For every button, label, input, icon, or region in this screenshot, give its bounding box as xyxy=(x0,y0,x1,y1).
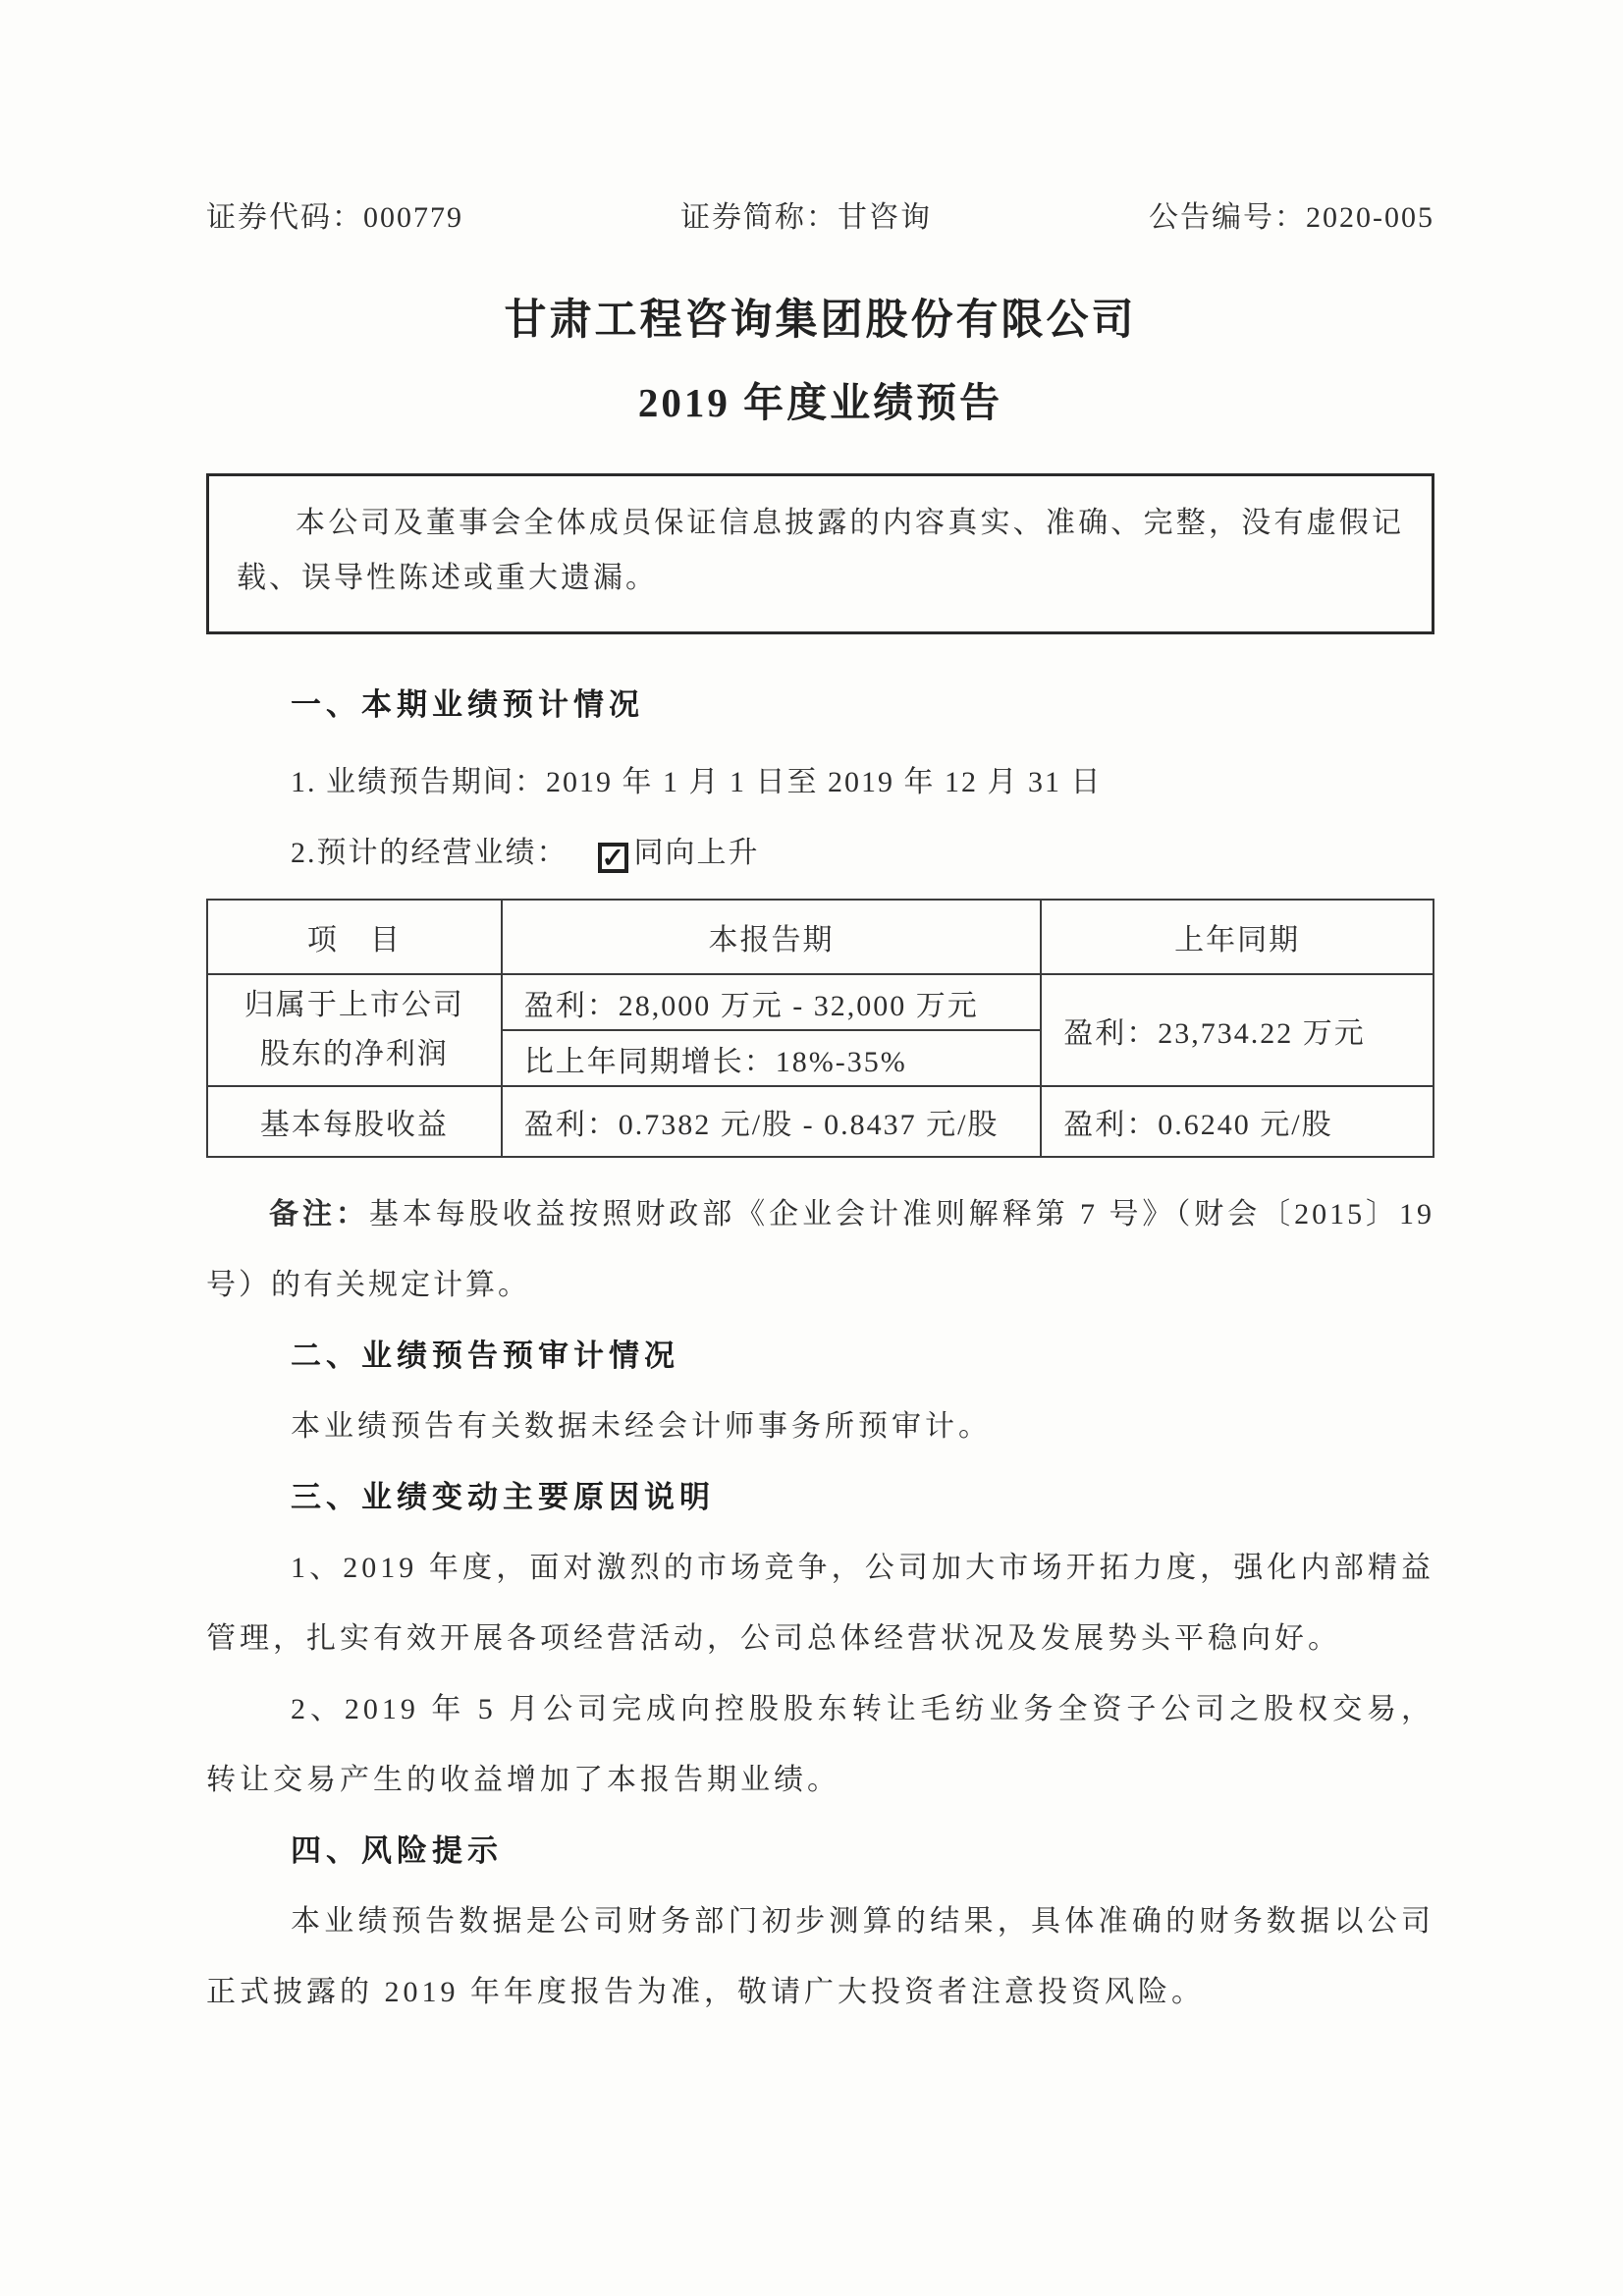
note-label: 备注： xyxy=(269,1198,369,1230)
net-profit-current-cell: 盈利：28,000 万元 - 32,000 万元 xyxy=(502,974,1042,1030)
disclaimer-box: 本公司及董事会全体成员保证信息披露的内容真实、准确、完整，没有虚假记载、误导性陈… xyxy=(206,473,1434,634)
eps-current-cell: 盈利：0.7382 元/股 - 0.8437 元/股 xyxy=(502,1086,1042,1157)
checked-checkbox-icon: ✓ xyxy=(598,843,628,873)
header-prior-period-cell: 上年同期 xyxy=(1041,900,1434,974)
reason-paragraph-2: 2、2019 年 5 月公司完成向控股股东转让毛纺业务全资子公司之股权交易，转让… xyxy=(206,1674,1434,1816)
stock-code-value: 000779 xyxy=(363,201,463,234)
forecast-table: 项 目 本报告期 上年同期 归属于上市公司股东的净利润 盈利：28,000 万元… xyxy=(206,899,1434,1158)
eps-prior-cell: 盈利：0.6240 元/股 xyxy=(1041,1086,1434,1157)
section-1-heading: 一、本期业绩预计情况 xyxy=(206,680,1434,724)
announcement-number-label: 公告编号： xyxy=(1149,201,1306,234)
header-item-cell: 项 目 xyxy=(207,900,502,974)
eps-row: 基本每股收益 盈利：0.7382 元/股 - 0.8437 元/股 盈利：0.6… xyxy=(207,1086,1434,1157)
reason-paragraph-1: 1、2019 年度，面对激烈的市场竞争，公司加大市场开拓力度，强化内部精益管理，… xyxy=(206,1533,1434,1674)
stock-name: 证券简称：甘咨询 xyxy=(680,192,932,236)
audit-status-paragraph: 本业绩预告有关数据未经会计师事务所预审计。 xyxy=(206,1392,1434,1462)
table-header-row: 项 目 本报告期 上年同期 xyxy=(207,900,1434,974)
stock-code: 证券代码：000779 xyxy=(206,192,463,236)
document-subtitle: 2019 年度业绩预告 xyxy=(206,370,1434,428)
section-3-heading: 三、业绩变动主要原因说明 xyxy=(206,1462,1434,1533)
note-text: 基本每股收益按照财政部《企业会计准则解释第 7 号》（财会〔2015〕19 号）… xyxy=(206,1198,1434,1301)
document-meta-row: 证券代码：000779 证券简称：甘咨询 公告编号：2020-005 xyxy=(206,192,1434,236)
business-trend-line: 2.预计的经营业绩：✓同向上升 xyxy=(206,828,1434,873)
section-2-heading: 二、业绩预告预审计情况 xyxy=(206,1321,1434,1392)
net-profit-prior-cell: 盈利：23,734.22 万元 xyxy=(1041,974,1434,1086)
announcement-number: 公告编号：2020-005 xyxy=(1149,192,1434,236)
eps-item-cell: 基本每股收益 xyxy=(207,1086,502,1157)
net-profit-growth-cell: 比上年同期增长：18%-35% xyxy=(502,1030,1042,1086)
table-note: 备注：基本每股收益按照财政部《企业会计准则解释第 7 号》（财会〔2015〕19… xyxy=(206,1179,1434,1321)
forecast-period-line: 1. 业绩预告期间：2019 年 1 月 1 日至 2019 年 12 月 31… xyxy=(206,757,1434,800)
document-page: 证券代码：000779 证券简称：甘咨询 公告编号：2020-005 甘肃工程咨… xyxy=(0,0,1623,2296)
risk-warning-paragraph: 本业绩预告数据是公司财务部门初步测算的结果，具体准确的财务数据以公司正式披露的 … xyxy=(206,1886,1434,2028)
business-trend-value: 同向上升 xyxy=(634,837,760,869)
section-4-heading: 四、风险提示 xyxy=(206,1816,1434,1886)
business-trend-label: 2.预计的经营业绩： xyxy=(291,837,568,869)
stock-name-value: 甘咨询 xyxy=(838,201,932,234)
company-title: 甘肃工程咨询集团股份有限公司 xyxy=(206,287,1434,347)
stock-name-label: 证券简称： xyxy=(680,201,838,234)
net-profit-item-cell: 归属于上市公司股东的净利润 xyxy=(207,974,502,1086)
stock-code-label: 证券代码： xyxy=(206,201,363,234)
net-profit-row: 归属于上市公司股东的净利润 盈利：28,000 万元 - 32,000 万元 盈… xyxy=(207,974,1434,1030)
disclaimer-text: 本公司及董事会全体成员保证信息披露的内容真实、准确、完整，没有虚假记载、误导性陈… xyxy=(237,507,1404,594)
announcement-number-value: 2020-005 xyxy=(1306,201,1434,234)
header-current-period-cell: 本报告期 xyxy=(502,900,1042,974)
